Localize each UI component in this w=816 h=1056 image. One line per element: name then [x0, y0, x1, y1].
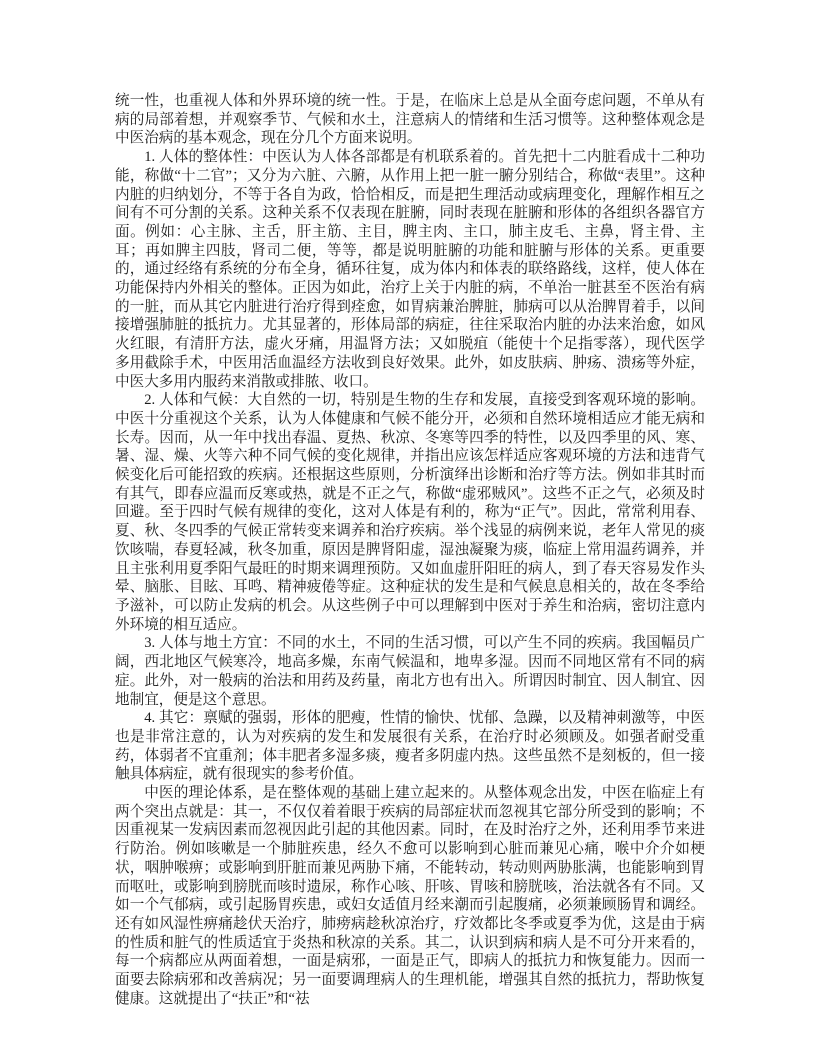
paragraph-theory-system: 中医的理论体系，是在整体观的基础上建立起来的。从整体观念出发，中医在临症上有两个…	[115, 784, 705, 1008]
paragraph-item-3-body-and-region: 3. 人体与地土方宜：不同的水土，不同的生活习惯，可以产生不同的疾病。我国幅员广…	[115, 634, 705, 709]
paragraph-continuation: 统一性，也重视人体和外界环境的统一性。于是，在临床上总是从全面夸虑问题，不单从有…	[115, 92, 705, 148]
paragraph-item-1-body-integrity: 1. 人体的整体性：中医认为人体各部都是有机联系着的。首先把十二内脏看成十二种功…	[115, 148, 705, 391]
document-page: 统一性，也重视人体和外界环境的统一性。于是，在临床上总是从全面夸虑问题，不单从有…	[0, 0, 816, 1056]
paragraph-item-2-body-and-climate: 2. 人体和气候：大自然的一切，特别是生物的生存和发展，直接受到客观环境的影响。…	[115, 391, 705, 634]
paragraph-item-4-other-factors: 4. 其它：禀赋的强弱，形体的肥瘦，性情的愉快、忧郁、急躁，以及精神刺激等，中医…	[115, 709, 705, 784]
text-column: 统一性，也重视人体和外界环境的统一性。于是，在临床上总是从全面夸虑问题，不单从有…	[115, 92, 705, 1008]
